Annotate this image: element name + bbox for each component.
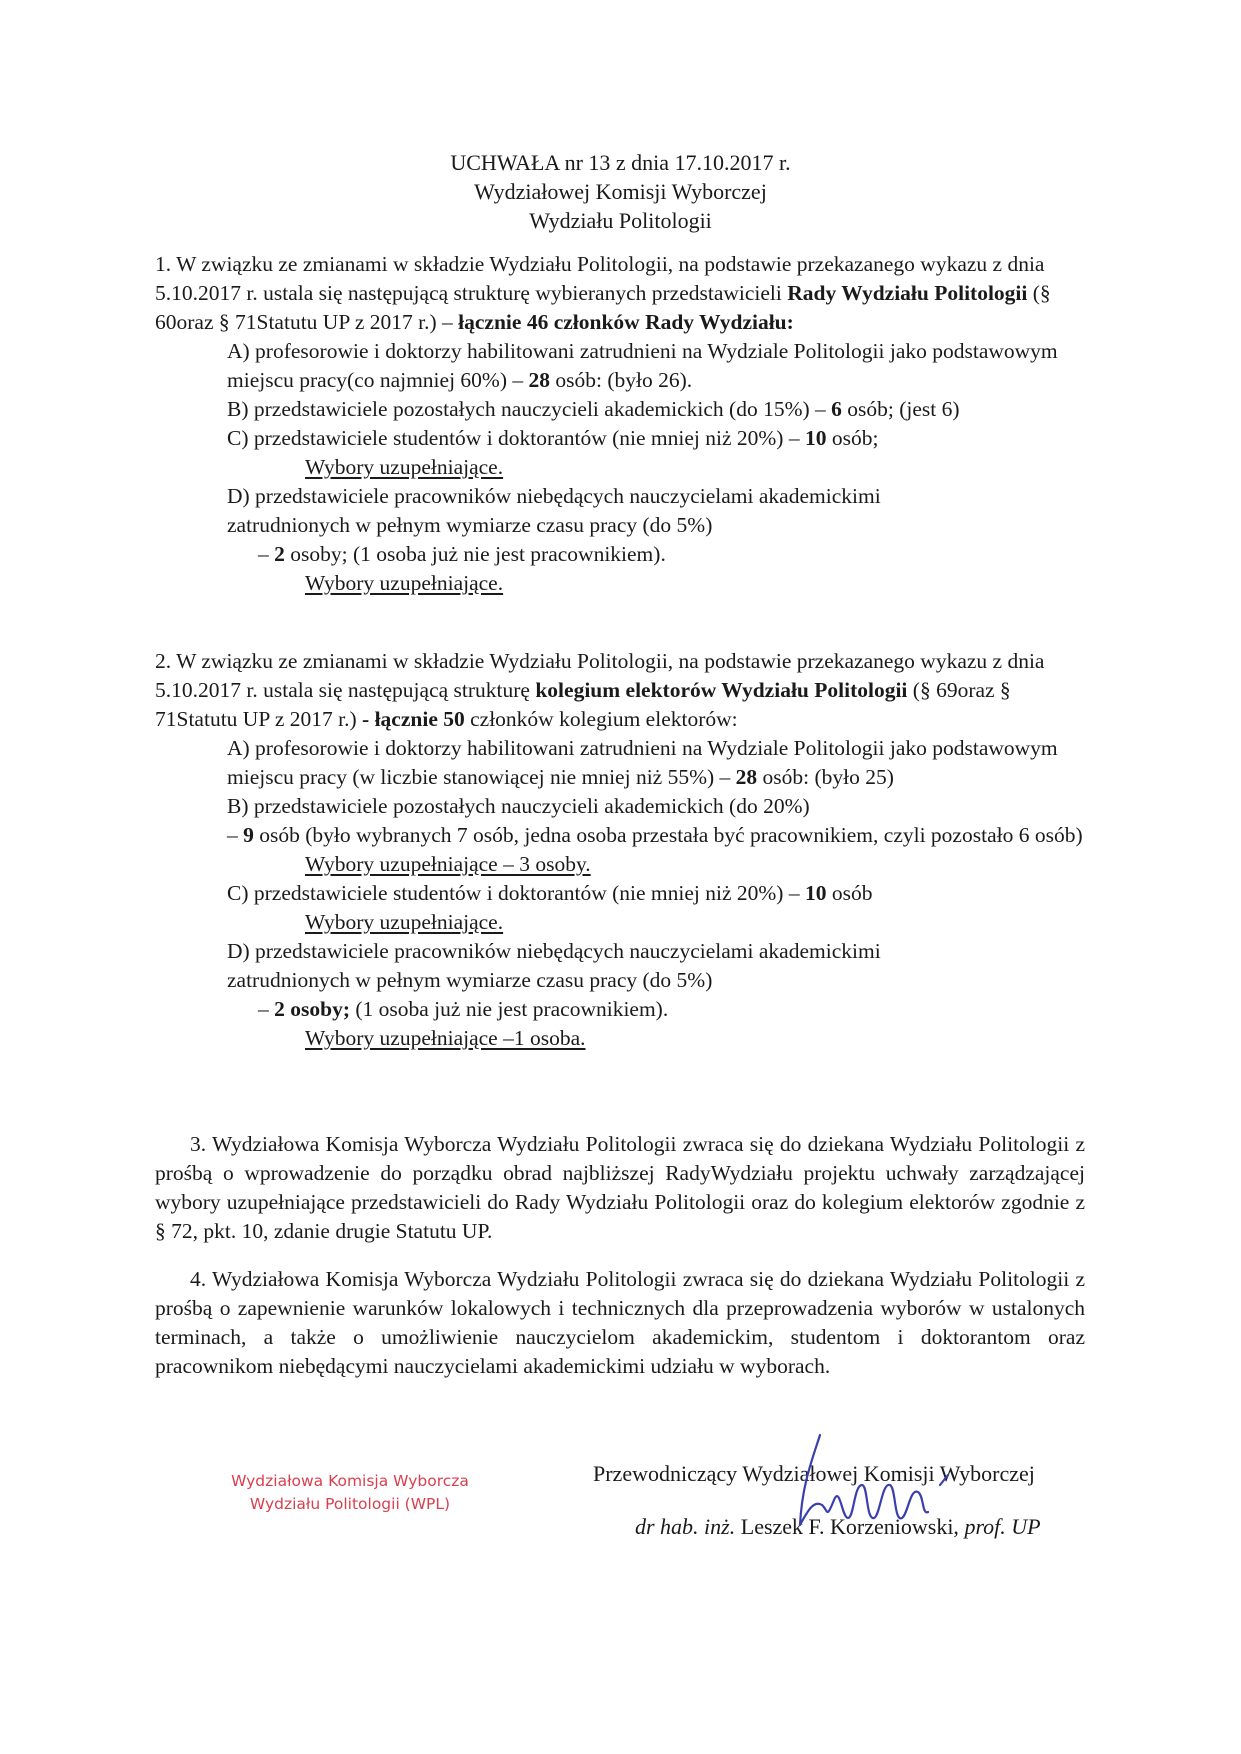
resolution-header: UCHWAŁA nr 13 z dnia 17.10.2017 r. Wydzi… (0, 148, 1241, 235)
section-1-intro: 1. W związku ze zmianami w składzie Wydz… (155, 250, 1085, 337)
document-page: UCHWAŁA nr 13 z dnia 17.10.2017 r. Wydzi… (0, 0, 1241, 1754)
section-2-item-d: D) przedstawiciele pracowników niebędący… (155, 937, 1085, 966)
section-2-item-a: A) profesorowie i doktorzy habilitowani … (155, 734, 1085, 792)
resolution-body: Wydziałowej Komisji Wyborczej (0, 177, 1241, 206)
section-4: 4. Wydziałowa Komisja Wyborcza Wydziału … (155, 1265, 1085, 1381)
stamp-line-2: Wydziału Politologii (WPL) (180, 1493, 520, 1516)
section-1: 1. W związku ze zmianami w składzie Wydz… (155, 250, 1085, 598)
section-1-item-c-note: Wybory uzupełniające. (155, 453, 1085, 482)
section-2-item-b-count: – 9 osób (było wybranych 7 osób, jedna o… (155, 821, 1085, 850)
section-1-item-d-count: – 2 osoby; (1 osoba już nie jest pracown… (155, 540, 1085, 569)
handwritten-signature-icon (790, 1430, 970, 1540)
section-3: 3. Wydziałowa Komisja Wyborcza Wydziału … (155, 1130, 1085, 1246)
section-2: 2. W związku ze zmianami w składzie Wydz… (155, 647, 1085, 1053)
section-1-item-d-note: Wybory uzupełniające. (155, 569, 1085, 598)
section-3-text: 3. Wydziałowa Komisja Wyborcza Wydziału … (155, 1130, 1085, 1246)
commission-stamp: Wydziałowa Komisja Wyborcza Wydziału Pol… (180, 1470, 520, 1516)
section-1-item-c: C) przedstawiciele studentów i doktorant… (155, 424, 1085, 453)
stamp-line-1: Wydziałowa Komisja Wyborcza (180, 1470, 520, 1493)
resolution-faculty: Wydziału Politologii (0, 206, 1241, 235)
section-1-item-a: A) profesorowie i doktorzy habilitowani … (155, 337, 1085, 395)
section-2-item-b: B) przedstawiciele pozostałych nauczycie… (155, 792, 1085, 821)
section-1-item-b: B) przedstawiciele pozostałych nauczycie… (155, 395, 1085, 424)
section-1-item-d: D) przedstawiciele pracowników niebędący… (155, 482, 1085, 511)
section-2-intro: 2. W związku ze zmianami w składzie Wydz… (155, 647, 1085, 734)
section-4-text: 4. Wydziałowa Komisja Wyborcza Wydziału … (155, 1265, 1085, 1381)
section-2-item-d-count: – 2 osoby; (1 osoba już nie jest pracown… (155, 995, 1085, 1024)
section-2-item-b-note: Wybory uzupełniające – 3 osoby. (155, 850, 1085, 879)
section-2-item-c: C) przedstawiciele studentów i doktorant… (155, 879, 1085, 908)
section-2-item-d-cont: zatrudnionych w pełnym wymiarze czasu pr… (155, 966, 1085, 995)
section-1-item-d-cont: zatrudnionych w pełnym wymiarze czasu pr… (155, 511, 1085, 540)
section-2-item-c-note: Wybory uzupełniające. (155, 908, 1085, 937)
section-2-item-d-note: Wybory uzupełniające –1 osoba. (155, 1024, 1085, 1053)
resolution-title: UCHWAŁA nr 13 z dnia 17.10.2017 r. (0, 148, 1241, 177)
